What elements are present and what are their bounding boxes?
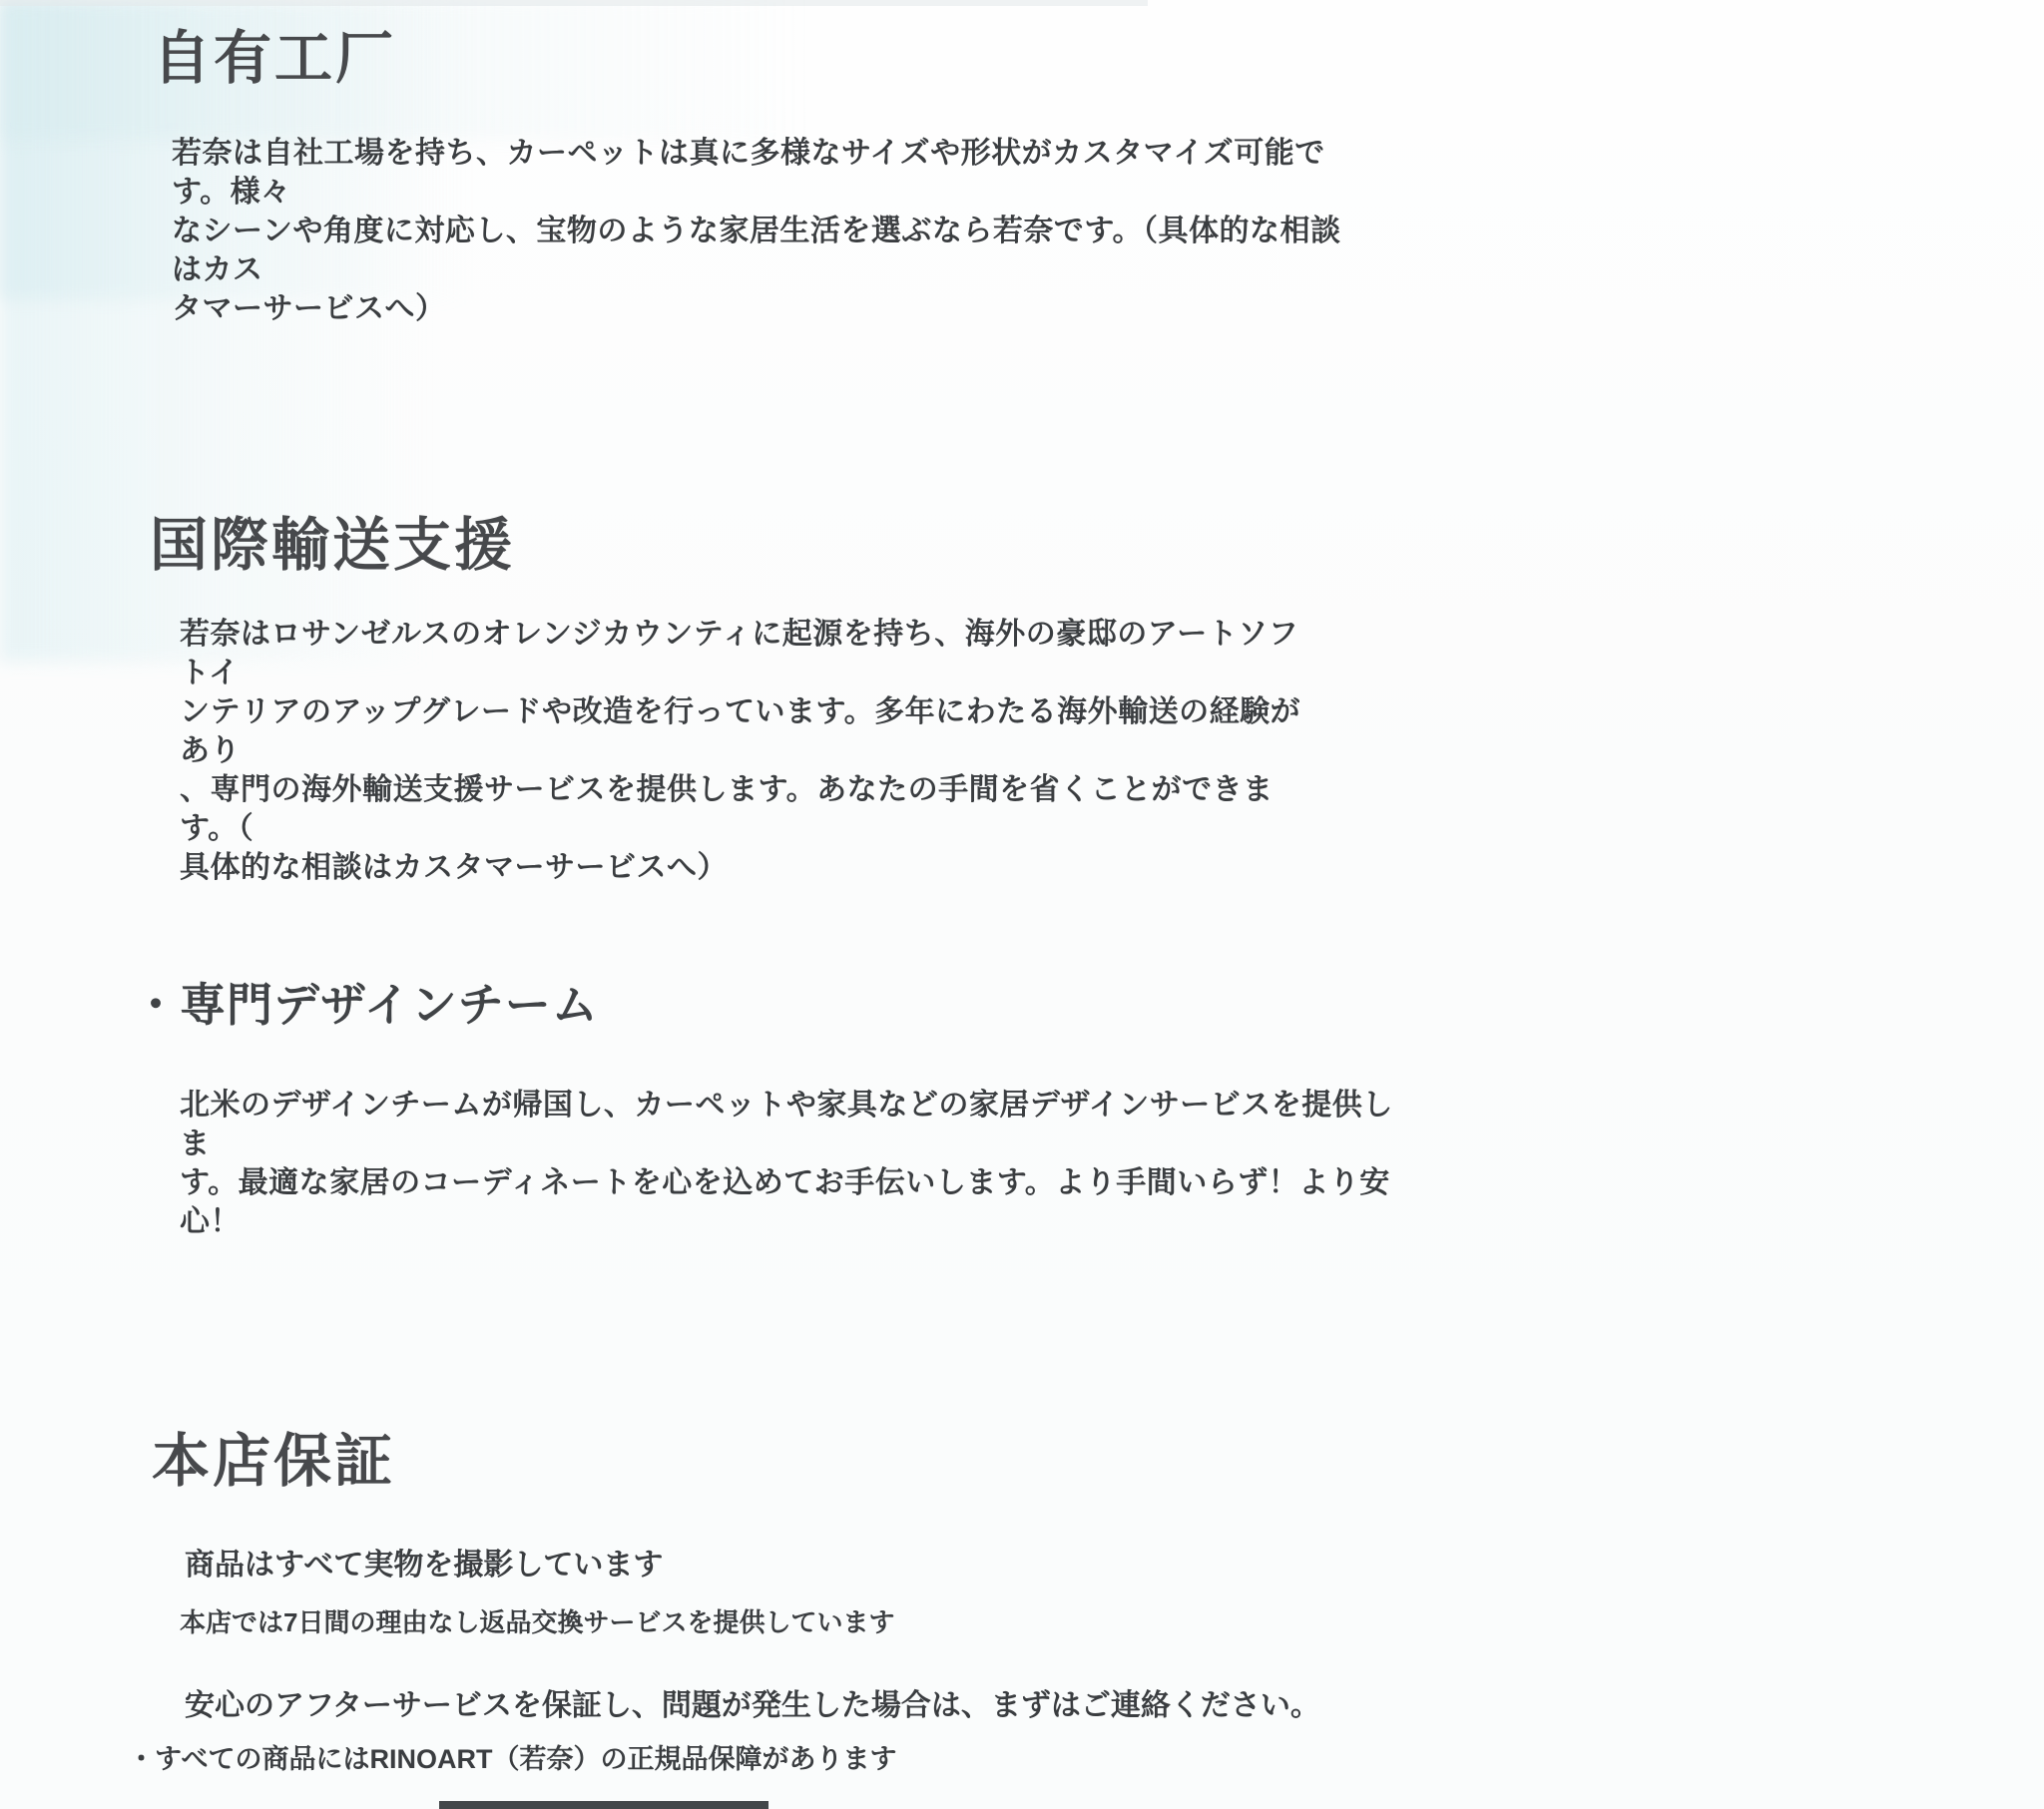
own-factory-text: 若奈は自社工場を持ち、カーペットは真に多様なサイズや形状がカスタマイズ可能です。… [172,134,1369,328]
guarantee-line-real-photos: 商品はすべて実物を撮影しています [185,1540,663,1583]
background-tint-guarantee [0,0,898,140]
product-description-page: 自有工厂 若奈は自社工場を持ち、カーペットは真に多様なサイズや形状がカスタマイズ… [0,0,2044,1809]
shipping-support-text: 若奈はロサンゼルスのオレンジカウンティに起源を持ち、海外の豪邸のアートソフトイ … [180,615,1327,887]
store-guarantee-heading: 本店保証 [152,1431,395,1493]
guarantee-line-rinoart-authentic: ・すべての商品にはRINOART（若奈）の正規品保障があります [128,1737,896,1776]
design-team-text: 北米のデザインチームが帰国し、カーペットや家具などの家居デザインサービスを提供し… [180,1086,1397,1241]
guarantee-line-7day-returns: 本店では7日間の理由なし返品交換サービスを提供しています [180,1602,894,1639]
own-factory-heading: 自有工厂 [153,28,396,90]
cut-off-element [439,1801,768,1809]
shipping-support-heading: 国際輸送支援 [150,515,515,577]
guarantee-line-after-service: 安心のアフターサービスを保証し、問題が発生した場合は、まずはご連絡ください。 [185,1680,1320,1724]
design-team-heading: ・専門デザインチーム [133,980,599,1030]
background-faint-rule [0,0,1148,6]
